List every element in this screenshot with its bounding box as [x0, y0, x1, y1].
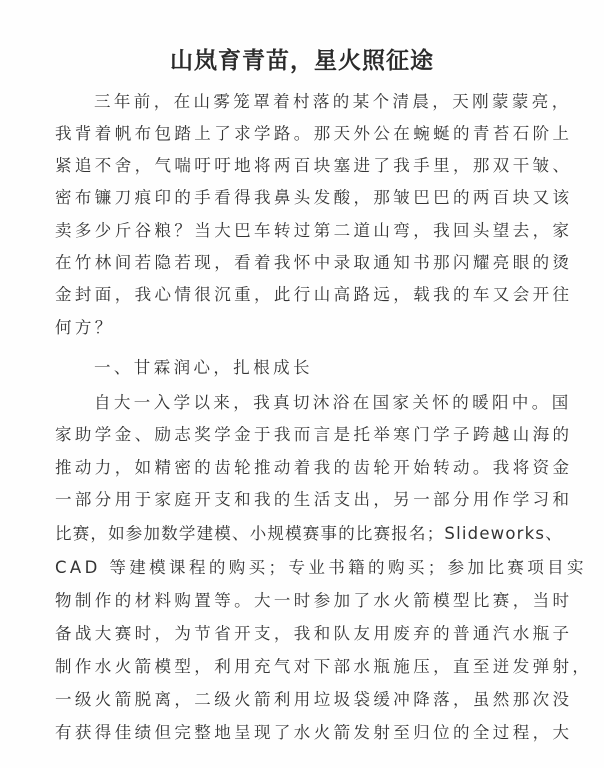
paragraph-line: 有获得佳绩但完整地呈现了水火箭发射至归位的全过程，大 — [55, 723, 585, 743]
paragraph-line: 紧追不舍，气喘吁吁地将两百块塞进了我手里，那双干皱、 — [55, 156, 585, 176]
paragraph-line: 比赛，如参加数学建模、小规模赛事的比赛报名；Slideworks、 — [55, 524, 585, 544]
paragraph-line: 一部分用于家庭开支和我的生活支出，另一部分用作学习和 — [55, 490, 585, 510]
paragraph-line: 物制作的材料购置等。大一时参加了水火箭模型比赛，当时 — [55, 591, 585, 611]
paragraph-line: 在竹林间若隐若现，看着我怀中录取通知书那闪耀亮眼的烫 — [55, 253, 585, 273]
paragraph-line: 卖多少斤谷粮？当大巴车转过第二道山弯，我回头望去，家 — [55, 221, 585, 241]
document-page: 山岚育青苗，星火照征途 三年前，在山雾笼罩着村落的某个清晨，天刚蒙蒙亮， 我背着… — [0, 0, 604, 768]
paragraph-line: 我背着帆布包踏上了求学路。那天外公在蜿蜒的青苔石阶上 — [55, 124, 585, 144]
paragraph-line: 何方？ — [55, 318, 585, 338]
paragraph-line: 推动力，如精密的齿轮推动着我的齿轮开始转动。我将资金 — [55, 458, 585, 478]
paragraph-line: CAD 等建模课程的购买；专业书籍的购买；参加比赛项目实 — [55, 558, 585, 578]
paragraph-line: 备战大赛时，为节省开支，我和队友用废弃的普通汽水瓶子 — [55, 624, 585, 644]
document-title: 山岚育青苗，星火照征途 — [0, 42, 604, 75]
section-heading: 一、甘霖润心，扎根成长 — [94, 358, 604, 378]
paragraph-line: 家助学金、励志奖学金于我而言是托举寒门学子跨越山海的 — [55, 425, 585, 445]
paragraph-line: 三年前，在山雾笼罩着村落的某个清晨，天刚蒙蒙亮， — [94, 92, 604, 112]
paragraph-line: 制作水火箭模型，利用充气对下部水瓶施压，直至迸发弹射， — [55, 657, 585, 677]
paragraph-line: 金封面，我心情很沉重，此行山高路远，载我的车又会开往 — [55, 285, 585, 305]
paragraph-line: 密布镰刀痕印的手看得我鼻头发酸，那皱巴巴的两百块又该 — [55, 188, 585, 208]
paragraph-line: 自大一入学以来，我真切沐浴在国家关怀的暖阳中。国 — [94, 393, 604, 413]
paragraph-line: 一级火箭脱离，二级火箭利用垃圾袋缓冲降落，虽然那次没 — [55, 690, 585, 710]
